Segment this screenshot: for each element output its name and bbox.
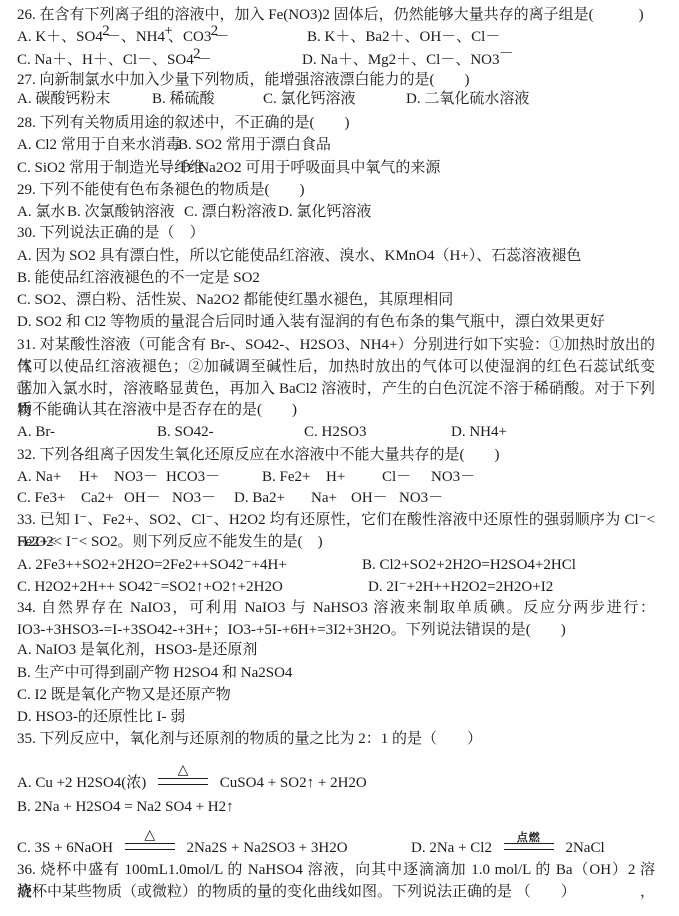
text-segment: B. SO42- [157,421,214,443]
text-segment: A. 2Fe3++SO2+2H2O=2Fe2++SO42⁻+4H+ [17,554,287,576]
text-segment: OH－ [351,487,388,509]
text-segment: B. 生产中可得到副产物 H2SO4 和 Na2SO4 [17,662,292,684]
text-line: C. H2O2+2H++ SO42⁻=SO2↑+O2↑+2H2OD. 2I⁻+2… [0,576,679,598]
text-segment: D. Ba2+ [234,487,285,509]
overlapped-subscript-superscript: 3－ [492,49,500,71]
text-line: A. K＋、SO42－、NH4+、CO32－B. K＋、Ba2＋、OH－、Cl－ [0,26,679,48]
text-line: 31. 对某酸性溶液（可能含有 Br-、SO42-、H2SO3、NH4+）分别进… [0,334,679,356]
reaction-condition-label: △ [144,829,155,843]
text-line: A. Cu +2 H2SO4(浓) △ CuSO4 + SO2↑ + 2H2O [0,772,679,794]
text-line: C. 3S + 6NaOH △ 2Na2S + Na2SO3 + 3H2OD. … [0,837,679,859]
text-segment: 28. 下列有关物质用途的叙述中，不正确的是( ) [17,112,350,134]
text-line: 33. 已知 I⁻、Fe2+、SO2、Cl⁻、H2O2 均有还原性，它们在酸性溶… [0,509,679,531]
text-segment: 26. 在含有下列离子组的溶液中，加入 Fe(NO3)2 固体后，仍然能够大量共… [17,4,644,26]
text-line: 体可以使品红溶液褪色；②加碱调至碱性后，加热时放出的气体可以使湿润的红色石蕊试纸… [0,356,679,378]
text-segment: D. 2I⁻+2H++H2O2=2H2O+I2 [368,576,553,598]
text-line: 32. 下列各组离子因发生氧化还原反应在水溶液中不能大量共存的是( ) [0,444,679,466]
text-segment: B. 次氯酸钠溶液 [67,201,175,223]
text-segment: C. 3S + 6NaOH △ 2Na2S + Na2SO3 + 3H2O [17,837,348,859]
text-line: C. Na＋、H＋、Cl－、SO42－D. Na＋、Mg2＋、Cl－、NO3－ [0,49,679,71]
text-segment: D. HSO3-的还原性比 I- 弱 [17,706,185,728]
text-segment: A. Cl2 常用于自来水消毒 [17,134,181,156]
text-line: 35. 下列反应中，氧化剂与还原剂的物质的量之比为 2：1 的是（ ） [0,728,679,750]
text-segment: B. Fe2+ [262,466,310,488]
text-segment: C. H2SO3 [304,421,367,443]
text-segment: C. 漂白粉溶液 [184,201,277,223]
reaction-condition-equals-sign: △ [158,778,208,785]
text-segment: A. Na+ [17,466,61,488]
text-line: D. SO2 和 Cl2 等物质的量混合后同时通入装有湿润的有色布条的集气瓶中，… [0,311,679,333]
text-segment: B. 2Na + H2SO4 = Na2 SO4 + H2↑ [17,796,234,818]
text-line: 29. 下列不能使有色布条褪色的物质是( ) [0,179,679,201]
text-segment: A. 因为 SO2 具有漂白性，所以它能使品红溶液、溴水、KMnO4（H+）、石… [17,245,581,267]
text-line: H2O2< I⁻< SO2。则下列反应不能发生的是( ) [0,531,679,553]
text-line: A. 碳酸钙粉末B. 稀硫酸C. 氯化钙溶液D. 二氧化硫水溶液 [0,88,679,110]
text-line: B. 能使品红溶液褪色的不一定是 SO2 [0,267,679,289]
text-segment: Ca2+ [81,487,114,509]
text-line: A. Cl2 常用于自来水消毒B. SO2 常用于漂白食品 [0,134,679,156]
text-segment: A. 碳酸钙粉末 [17,88,110,110]
text-segment: C. H2O2+2H++ SO42⁻=SO2↑+O2↑+2H2O [17,576,283,598]
text-line: IO3-+3HSO3-=I-+3SO42-+3H+；IO3-+5I-+6H+=3… [0,619,679,641]
text-segment: D. Na＋、Mg2＋、Cl－、NO3－ [302,49,503,71]
text-line: B. 生产中可得到副产物 H2SO4 和 Na2SO4 [0,662,679,684]
reaction-condition-label: 点燃 [517,833,541,844]
text-segment: 质不能确认其在溶液中是否存在的是( ) [17,399,297,421]
text-line: C. I2 既是氧化产物又是还原产物 [0,684,679,706]
text-segment: HCO3－ [166,466,220,488]
text-segment: C. 氯化钙溶液 [263,88,356,110]
text-segment: H+ [79,466,98,488]
text-line: A. NaIO3 是氧化剂，HSO3-是还原剂 [0,639,679,661]
text-line: A. Na+H+NO3－HCO3－B. Fe2+H+Cl－NO3－ [0,466,679,488]
text-segment: C. Fe3+ [17,487,65,509]
text-segment: 29. 下列不能使有色布条褪色的物质是( ) [17,179,305,201]
reaction-condition-equals-sign: 点燃 [504,843,554,850]
text-segment: D. SO2 和 Cl2 等物质的量混合后同时通入装有湿润的有色布条的集气瓶中，… [17,311,605,333]
text-segment: NO3－ [399,487,443,509]
text-segment: A. NaIO3 是氧化剂，HSO3-是还原剂 [17,639,257,661]
text-segment: B. SO2 常用于漂白食品 [178,134,331,156]
text-segment: D. 氯化钙溶液 [278,201,371,223]
text-line: C. SO2、漂白粉、活性炭、Na2O2 都能使红墨水褪色，其原理相同 [0,289,679,311]
text-segment: Na+ [311,487,337,509]
text-segment: H+ [326,466,345,488]
text-segment: B. Cl2+SO2+2H2O=H2SO4+2HCl [362,554,576,576]
overlapped-subscript-superscript: 42 [186,49,194,71]
text-segment: B. 稀硫酸 [152,88,215,110]
text-line: ⑨加入氯水时，溶液略显黄色，再加入 BaCl2 溶液时，产生的白色沉淀不溶于稀硝… [0,378,679,400]
document-page: 26. 在含有下列离子组的溶液中，加入 Fe(NO3)2 固体后，仍然能够大量共… [0,0,679,916]
text-segment: H2O2< I⁻< SO2。则下列反应不能发生的是( ) [17,531,323,553]
overlapped-subscript-superscript: 4+ [158,26,166,48]
text-line: 质不能确认其在溶液中是否存在的是( ) [0,399,679,421]
text-segment: 34. 自然界存在 NaIO3，可利用 NaIO3 与 NaHSO3 溶液来制取… [17,597,655,619]
text-segment: NO3－ [172,487,216,509]
text-segment: OH－ [124,487,161,509]
text-line: 34. 自然界存在 NaIO3，可利用 NaIO3 与 NaHSO3 溶液来制取… [0,597,679,619]
text-segment: 烧杯中某些物质（或微粒）的物质的量的变化曲线如图。下列说法正确的是 （ ） [17,881,576,903]
text-segment: NO3－ [431,466,475,488]
text-line: A. 2Fe3++SO2+2H2O=2Fe2++SO42⁻+4H+B. Cl2+… [0,554,679,576]
text-line: 30. 下列说法正确的是（ ） [0,222,679,244]
text-line: D. HSO3-的还原性比 I- 弱 [0,706,679,728]
text-segment: Cl－ [382,466,411,488]
text-segment: IO3-+3HSO3-=I-+3SO42-+3H+；IO3-+5I-+6H+=3… [17,619,566,641]
text-segment: NO3－ [114,466,158,488]
text-segment: 35. 下列反应中，氧化剂与还原剂的物质的量之比为 2：1 的是（ ） [17,728,482,750]
text-line: C. SiO2 常用于制造光导纤维D. Na2O2 可用于呼吸面具中氧气的来源 [0,157,679,179]
text-segment: C. SO2、漂白粉、活性炭、Na2O2 都能使红墨水褪色，其原理相同 [17,289,453,311]
text-line: A. Br-B. SO42-C. H2SO3D. NH4+ [0,421,679,443]
text-segment: B. K＋、Ba2＋、OH－、Cl－ [307,26,500,48]
text-segment: D. Na2O2 可用于呼吸面具中氧气的来源 [180,157,440,179]
text-segment: A. Br- [17,421,55,443]
reaction-condition-label: △ [178,764,189,778]
text-segment: A. Cu +2 H2SO4(浓) △ CuSO4 + SO2↑ + 2H2O [17,772,367,794]
text-segment: B. 能使品红溶液褪色的不一定是 SO2 [17,267,260,289]
overlapped-subscript-superscript: 32 [204,26,212,48]
text-line: A. 氯水B. 次氯酸钠溶液C. 漂白粉溶液D. 氯化钙溶液 [0,201,679,223]
text-segment: 32. 下列各组离子因发生氧化还原反应在水溶液中不能大量共存的是( ) [17,444,500,466]
text-segment: D. NH4+ [451,421,507,443]
text-line: A. 因为 SO2 具有漂白性，所以它能使品红溶液、溴水、KMnO4（H+）、石… [0,245,679,267]
text-line: 28. 下列有关物质用途的叙述中，不正确的是( ) [0,112,679,134]
text-line: 36. 烧杯中盛有 100mL1.0mol/L 的 NaHSO4 溶液，向其中逐… [0,859,679,881]
text-segment: D. 二氧化硫水溶液 [406,88,529,110]
text-line: B. 2Na + H2SO4 = Na2 SO4 + H2↑ [0,796,679,818]
text-segment: D. 2Na + Cl2 点燃 2NaCl [411,837,605,859]
text-segment: C. Na＋、H＋、Cl－、SO42－ [17,49,212,71]
reaction-condition-equals-sign: △ [125,843,175,850]
text-segment: A. 氯水 [17,201,65,223]
text-segment: C. I2 既是氧化产物又是还原产物 [17,684,231,706]
text-line: C. Fe3+Ca2+OH－NO3－D. Ba2+Na+OH－NO3－ [0,487,679,509]
text-segment: 30. 下列说法正确的是（ ） [17,222,205,244]
text-line: 烧杯中某些物质（或微粒）的物质的量的变化曲线如图。下列说法正确的是 （ ） [0,881,679,903]
text-segment: C. SiO2 常用于制造光导纤维 [17,157,204,179]
overlapped-subscript-superscript: 42 [95,26,103,48]
